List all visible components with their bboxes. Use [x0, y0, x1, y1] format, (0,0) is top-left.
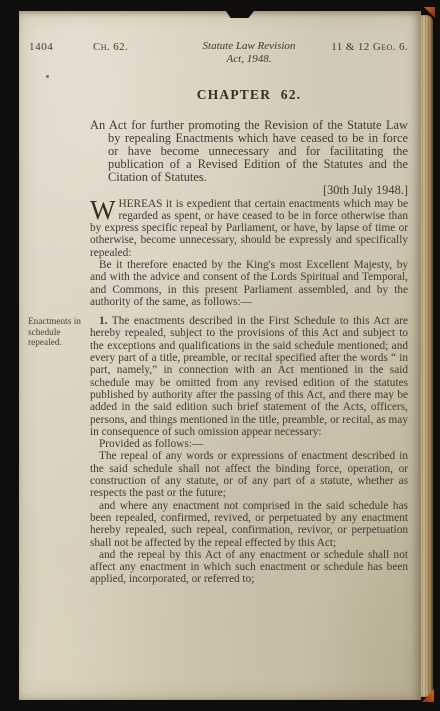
chapter-heading: CHAPTER 62.: [90, 87, 408, 103]
preamble-capitals: HEREAS: [118, 198, 162, 210]
page-number: 1404: [29, 41, 53, 53]
page-top-tear: [226, 11, 254, 18]
page: 1404 Ch. 62. Statute Law Revision Act, 1…: [19, 11, 421, 700]
section-1: Enactments in schedule repealed. 1. The …: [90, 315, 408, 586]
section-1-text: The enactments described in the First Sc…: [90, 315, 408, 438]
section-1-paragraph: 1. The enactments described in the First…: [90, 315, 408, 438]
running-title-line2: Act, 1948.: [90, 53, 408, 66]
proviso-1: The repeal of any words or expressions o…: [90, 450, 408, 499]
long-title: An Act for further promoting the Revisio…: [90, 119, 408, 184]
proviso-2: and where any enactment not comprised in…: [90, 500, 408, 549]
assent-date: [30th July 1948.]: [90, 184, 408, 198]
book-page-edges: [419, 15, 433, 697]
drop-cap: W: [90, 199, 115, 221]
scanned-book: 1404 Ch. 62. Statute Law Revision Act, 1…: [19, 11, 433, 700]
running-header: 1404 Ch. 62. Statute Law Revision Act, 1…: [19, 40, 421, 66]
margin-note: Enactments in schedule repealed.: [28, 317, 86, 349]
proviso-3: and the repeal by this Act of any enactm…: [90, 549, 408, 586]
regnal-citation: 11 & 12 Geo. 6.: [331, 41, 408, 53]
preamble-paragraph: WHEREAS it is expedient that certain ena…: [90, 198, 408, 259]
page-content: 1404 Ch. 62. Statute Law Revision Act, 1…: [19, 11, 421, 700]
enacting-words: Be it therefore enacted by the King's mo…: [90, 259, 408, 308]
provided-line: Provided as follows:—: [90, 438, 408, 450]
text-column: CHAPTER 62. An Act for further promoting…: [90, 87, 408, 586]
